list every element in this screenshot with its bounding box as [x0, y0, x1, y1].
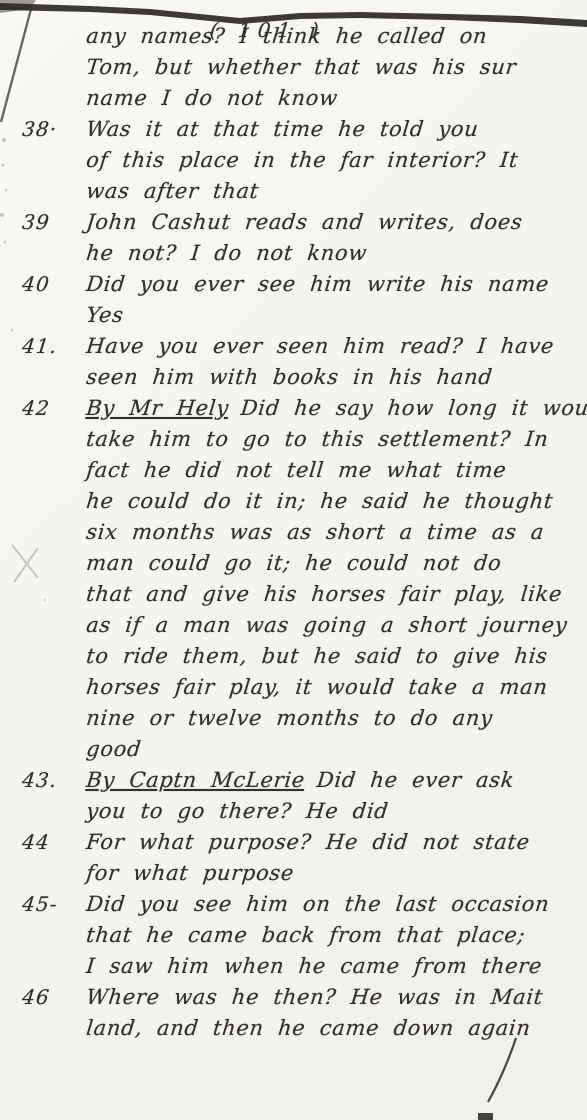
- line-text: he could do it in; he said he thought: [85, 489, 585, 513]
- line-words: good: [85, 737, 143, 761]
- line-words: that and give his horses fair play, like: [85, 582, 563, 606]
- line-text: six months was as short a time as a: [85, 520, 585, 544]
- line-text: to ride them, but he said to give his: [85, 644, 585, 668]
- question-number: 41.: [21, 334, 88, 358]
- line-words: to ride them, but he said to give his: [85, 644, 549, 668]
- line-words: man could go it; he could not do: [85, 551, 503, 575]
- line-words: seen him with books in his hand: [85, 365, 494, 389]
- examiner-heading: By Mr Hely: [85, 396, 230, 420]
- manuscript-line: horses fair play, it would take a man: [0, 675, 587, 706]
- line-text: Tom, but whether that was his sur: [85, 55, 585, 79]
- manuscript-line: man could go it; he could not do: [0, 551, 587, 582]
- line-text: horses fair play, it would take a man: [85, 675, 585, 699]
- line-text: of this place in the far interior? It: [85, 148, 585, 172]
- manuscript-line: nine or twelve months to do any: [0, 706, 587, 737]
- line-text: By Captn McLerieDid he ever ask: [85, 768, 585, 792]
- manuscript-line: 38· Was it at that time he told you: [0, 117, 587, 148]
- manuscript-line: six months was as short a time as a: [0, 520, 587, 551]
- page-number: ( 101 ): [0, 18, 587, 42]
- manuscript-line: you to go there? He did: [0, 799, 587, 830]
- line-text: Was it at that time he told you: [85, 117, 585, 141]
- manuscript-page: any names? I think he called on Tom, but…: [0, 0, 587, 1120]
- line-words: horses fair play, it would take a man: [85, 675, 549, 699]
- line-words: Did you ever see him write his name: [85, 272, 550, 296]
- line-text: Did you ever see him write his name: [85, 272, 585, 296]
- line-text: was after that: [85, 179, 585, 203]
- line-words: Have you ever seen him read? I have: [85, 334, 555, 358]
- line-text: Did you see him on the last occasion: [85, 892, 585, 916]
- manuscript-line: as if a man was going a short journey: [0, 613, 587, 644]
- question-number: 46: [21, 985, 88, 1009]
- line-text: Where was he then? He was in Mait: [85, 985, 585, 1009]
- line-words: six months was as short a time as a: [85, 520, 545, 544]
- line-words: that he came back from that place;: [85, 923, 527, 947]
- line-text: For what purpose? He did not state: [85, 830, 585, 854]
- manuscript-line: 41. Have you ever seen him read? I have: [0, 334, 587, 365]
- manuscript-line: fact he did not tell me what time: [0, 458, 587, 489]
- line-text: that he came back from that place;: [85, 923, 585, 947]
- line-words: Yes: [85, 303, 125, 327]
- line-text: Yes: [85, 303, 585, 327]
- manuscript-line: land, and then he came down again: [0, 1016, 587, 1047]
- line-text: nine or twelve months to do any: [85, 706, 585, 730]
- manuscript-line: was after that: [0, 179, 587, 210]
- question-number: 43.: [21, 768, 88, 792]
- line-text: seen him with books in his hand: [85, 365, 585, 389]
- scan-corner-shade: [0, 0, 36, 13]
- line-words: was after that: [85, 179, 260, 203]
- line-text: fact he did not tell me what time: [85, 458, 585, 482]
- line-words: land, and then he came down again: [85, 1016, 532, 1040]
- line-words: of this place in the far interior? It: [85, 148, 519, 172]
- line-words: as if a man was going a short journey: [85, 613, 569, 637]
- manuscript-line: 45- Did you see him on the last occasion: [0, 892, 587, 923]
- line-words: nine or twelve months to do any: [85, 706, 494, 730]
- manuscript-line: 42 By Mr HelyDid he say how long it woul…: [0, 396, 587, 427]
- manuscript-line: seen him with books in his hand: [0, 365, 587, 396]
- manuscript-line: for what purpose: [0, 861, 587, 892]
- manuscript-line: 43. By Captn McLerieDid he ever ask: [0, 768, 587, 799]
- line-words: name I do not know: [85, 86, 339, 110]
- line-words: for what purpose: [85, 861, 295, 885]
- line-words: Did he ever ask: [316, 768, 516, 792]
- manuscript-line: that and give his horses fair play, like: [0, 582, 587, 613]
- question-number: 39: [21, 210, 88, 234]
- line-text: good: [85, 737, 585, 761]
- line-words: he could do it in; he said he thought: [85, 489, 554, 513]
- line-words: Did you see him on the last occasion: [85, 892, 551, 916]
- manuscript-line: he could do it in; he said he thought: [0, 489, 587, 520]
- line-text: that and give his horses fair play, like: [85, 582, 585, 606]
- manuscript-line: name I do not know: [0, 86, 587, 117]
- question-number: 44: [21, 830, 88, 854]
- line-words: John Cashut reads and writes, does: [85, 210, 524, 234]
- examiner-heading: By Captn McLerie: [85, 768, 306, 792]
- manuscript-line: Tom, but whether that was his sur: [0, 55, 587, 86]
- question-number: 38·: [21, 117, 88, 141]
- line-words: I saw him when he came from there: [85, 954, 543, 978]
- ink-flourish: [488, 1038, 516, 1102]
- manuscript-line: take him to go to this settlement? In: [0, 427, 587, 458]
- line-words: Did he say how long it would: [240, 396, 587, 420]
- manuscript-line: of this place in the far interior? It: [0, 148, 587, 179]
- line-words: Where was he then? He was in Mait: [85, 985, 544, 1009]
- line-words: Tom, but whether that was his sur: [85, 55, 518, 79]
- line-text: take him to go to this settlement? In: [85, 427, 585, 451]
- question-number: 40: [21, 272, 88, 296]
- line-text: land, and then he came down again: [85, 1016, 585, 1040]
- line-words: For what purpose? He did not state: [85, 830, 531, 854]
- manuscript-line: 44 For what purpose? He did not state: [0, 830, 587, 861]
- line-text: Have you ever seen him read? I have: [85, 334, 585, 358]
- line-words: he not? I do not know: [85, 241, 368, 265]
- manuscript-line: good: [0, 737, 587, 768]
- line-text: By Mr HelyDid he say how long it would: [85, 396, 587, 420]
- manuscript-line: he not? I do not know: [0, 241, 587, 272]
- manuscript-line: Yes: [0, 303, 587, 334]
- manuscript-line: 39 John Cashut reads and writes, does: [0, 210, 587, 241]
- manuscript-line: that he came back from that place;: [0, 923, 587, 954]
- manuscript-line: I saw him when he came from there: [0, 954, 587, 985]
- manuscript-line: 46 Where was he then? He was in Mait: [0, 985, 587, 1016]
- question-number: 45-: [21, 892, 88, 916]
- line-text: he not? I do not know: [85, 241, 585, 265]
- manuscript-line: 40 Did you ever see him write his name: [0, 272, 587, 303]
- manuscript-line: to ride them, but he said to give his: [0, 644, 587, 675]
- question-number: 42: [21, 396, 88, 420]
- line-words: fact he did not tell me what time: [85, 458, 508, 482]
- line-text: as if a man was going a short journey: [85, 613, 585, 637]
- line-words: you to go there? He did: [85, 799, 390, 823]
- line-text: I saw him when he came from there: [85, 954, 585, 978]
- line-text: name I do not know: [85, 86, 585, 110]
- line-text: John Cashut reads and writes, does: [85, 210, 585, 234]
- line-words: take him to go to this settlement? In: [85, 427, 550, 451]
- line-words: Was it at that time he told you: [85, 117, 480, 141]
- scan-bottom-mark: [478, 1113, 493, 1120]
- line-text: man could go it; he could not do: [85, 551, 585, 575]
- line-text: for what purpose: [85, 861, 585, 885]
- manuscript-lines: any names? I think he called on Tom, but…: [0, 24, 587, 1047]
- line-text: you to go there? He did: [85, 799, 585, 823]
